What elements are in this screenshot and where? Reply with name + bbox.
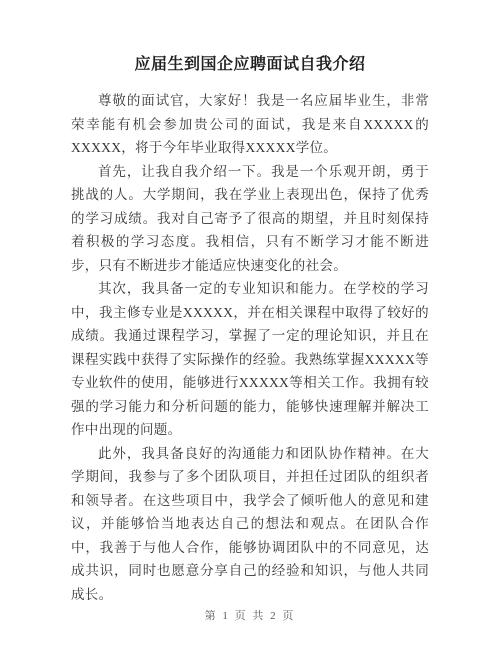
paragraph-intro: 尊敬的面试官，大家好！我是一名应届毕业生，非常荣幸能有机会参加贵公司的面试，我是… [71, 89, 429, 160]
document-title: 应届生到国企应聘面试自我介绍 [71, 54, 429, 76]
paragraph-second: 其次，我具备一定的专业知识和能力。在学校的学习中，我主修专业是XXXXX，并在相… [71, 277, 429, 442]
document-body: 尊敬的面试官，大家好！我是一名应届毕业生，非常荣幸能有机会参加贵公司的面试，我是… [71, 89, 429, 606]
paragraph-third: 此外，我具备良好的沟通能力和团队协作精神。在大学期间，我参与了多个团队项目，并担… [71, 442, 429, 607]
paragraph-first: 首先，让我自我介绍一下。我是一个乐观开朗，勇于挑战的人。大学期间，我在学业上表现… [71, 160, 429, 278]
page-number-label: 第 1 页 共 2 页 [205, 610, 296, 622]
page-footer: 第 1 页 共 2 页 [0, 609, 500, 623]
document-page: 应届生到国企应聘面试自我介绍 尊敬的面试官，大家好！我是一名应届毕业生，非常荣幸… [0, 0, 500, 647]
